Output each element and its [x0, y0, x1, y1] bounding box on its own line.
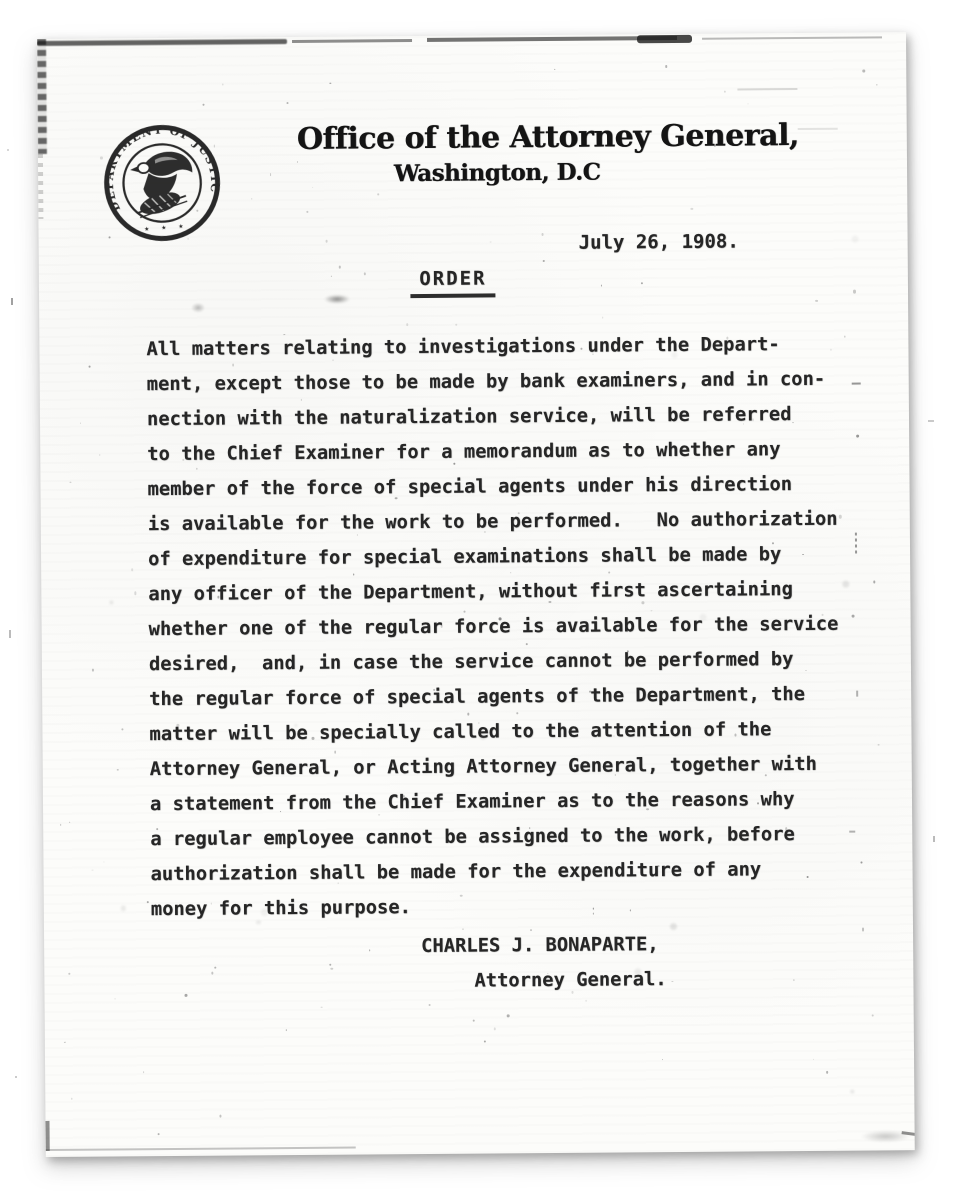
noise-speck	[270, 174, 271, 176]
noise-speck	[321, 1006, 323, 1008]
scan-artifact	[928, 420, 934, 422]
body-line: of expenditure for special examinations …	[148, 536, 888, 577]
noise-speck	[103, 862, 104, 863]
noise-speck	[89, 365, 91, 367]
noise-speck	[484, 1041, 486, 1043]
noise-speck	[862, 70, 865, 73]
noise-speck	[92, 669, 94, 672]
noise-speck	[114, 998, 115, 999]
noise-speck	[665, 65, 667, 67]
scan-artifact	[45, 1121, 49, 1151]
letterhead-city-line: Washington, D.C	[297, 159, 697, 188]
body-line: Attorney General, or Acting Attorney Gen…	[150, 746, 890, 787]
noise-speck	[725, 91, 726, 93]
body-lines: All matters relating to investigations u…	[146, 326, 891, 927]
noise-blotch	[120, 906, 126, 912]
scan-artifact	[861, 1130, 911, 1142]
noise-blotch	[852, 235, 859, 242]
date-line: July 26, 1908.	[579, 230, 739, 253]
signature-title: Attorney General.	[474, 960, 891, 998]
noise-speck	[143, 1072, 144, 1073]
body-paragraph: All matters relating to investigations u…	[146, 326, 891, 1001]
scan-artifact	[15, 1076, 17, 1078]
noise-speck	[541, 233, 543, 237]
noise-speck	[131, 569, 133, 572]
noise-speck	[364, 272, 366, 275]
noise-speck	[80, 422, 81, 423]
noise-speck	[455, 324, 457, 326]
body-line: the regular force of special agents of t…	[149, 676, 889, 717]
body-line: is available for the work to be performe…	[148, 501, 888, 542]
scan-artifact	[324, 295, 350, 304]
noise-speck	[507, 1014, 509, 1017]
noise-speck	[877, 84, 878, 85]
noise-speck	[70, 482, 72, 483]
noise-speck	[285, 1029, 287, 1032]
noise-speck	[378, 193, 380, 195]
noise-speck	[69, 973, 71, 975]
body-line: nection with the naturalization service,…	[147, 396, 887, 437]
scan-artifact	[933, 836, 935, 842]
noise-speck	[601, 284, 603, 286]
scan-artifact	[737, 88, 797, 90]
body-line: member of the force of special agents un…	[147, 466, 887, 507]
noise-speck	[331, 275, 332, 277]
noise-speck	[690, 208, 693, 210]
body-line: ment, except those to be made by bank ex…	[147, 361, 887, 402]
noise-speck	[286, 102, 289, 104]
document-page: DEPARTMENT OF JUSTICE ★ ★ ★	[37, 32, 915, 1157]
noise-speck	[429, 1004, 431, 1007]
body-line: to the Chief Examiner for a memorandum a…	[147, 431, 887, 472]
noise-speck	[339, 266, 341, 268]
body-line: desired, and, in case the service cannot…	[149, 641, 889, 682]
noise-speck	[147, 901, 149, 903]
body-line: authorization shall be made for the expe…	[150, 851, 890, 892]
noise-speck	[69, 822, 71, 823]
noise-speck	[307, 211, 309, 213]
signature-name: CHARLES J. BONAPARTE,	[421, 925, 891, 964]
body-line: All matters relating to investigations u…	[146, 326, 886, 367]
noise-speck	[100, 455, 101, 456]
scan-artifact	[637, 35, 692, 43]
noise-speck	[586, 1000, 587, 1002]
scan-artifact	[427, 36, 677, 42]
noise-speck	[117, 769, 118, 771]
body-line: matter will be specially called to the a…	[149, 711, 889, 752]
scan-artifact	[901, 1131, 914, 1136]
scan-artifact	[9, 630, 11, 638]
noise-speck	[826, 1071, 828, 1073]
scan-artifact	[37, 39, 47, 154]
scan-artifact	[38, 154, 44, 219]
body-line: a regular employee cannot be assigned to…	[150, 816, 890, 857]
noise-speck	[872, 1014, 874, 1016]
noise-speck	[222, 84, 224, 86]
noise-speck	[158, 1133, 160, 1135]
noise-speck	[554, 69, 555, 70]
scan-artifact	[798, 128, 838, 130]
scan-artifact	[11, 298, 13, 305]
noise-speck	[641, 282, 643, 284]
noise-speck	[220, 1115, 222, 1118]
scan-artifact	[7, 149, 9, 151]
scan-artifact	[191, 303, 205, 313]
order-heading: ORDER	[410, 266, 495, 298]
noise-speck	[406, 323, 408, 326]
noise-speck	[662, 1059, 663, 1060]
doj-seal-stamp: DEPARTMENT OF JUSTICE ★ ★ ★	[98, 119, 227, 248]
noise-speck	[251, 198, 252, 200]
scan-artifact	[292, 39, 412, 43]
noise-speck	[134, 592, 136, 596]
seal-stars: ★ ★ ★	[144, 220, 187, 233]
noise-speck	[122, 728, 124, 730]
letterhead: Office of the Attorney General, Washingt…	[297, 120, 697, 188]
noise-speck	[490, 241, 492, 242]
noise-speck	[543, 260, 545, 261]
noise-speck	[853, 290, 856, 294]
noise-speck	[813, 1059, 814, 1060]
noise-speck	[71, 1098, 73, 1100]
noise-speck	[602, 317, 603, 318]
noise-speck	[92, 870, 93, 871]
noise-speck	[326, 240, 328, 243]
noise-speck	[64, 1042, 66, 1044]
noise-blotch	[110, 600, 114, 604]
noise-speck	[494, 1028, 496, 1031]
noise-speck	[747, 103, 748, 104]
noise-blotch	[850, 1089, 854, 1093]
noise-speck	[60, 824, 62, 826]
letterhead-office-line: Office of the Attorney General,	[297, 120, 697, 157]
noise-speck	[330, 82, 331, 83]
scan-background: DEPARTMENT OF JUSTICE ★ ★ ★	[0, 0, 958, 1200]
scan-artifact	[46, 1147, 356, 1151]
noise-speck	[473, 1020, 475, 1022]
scan-artifact	[37, 39, 287, 46]
body-line: whether one of the regular force is avai…	[149, 606, 889, 647]
noise-speck	[203, 103, 205, 106]
body-line: money for this purpose.	[151, 886, 891, 927]
body-line: any officer of the Department, without f…	[148, 571, 888, 612]
noise-speck	[815, 300, 817, 302]
body-line: a statement from the Chief Examiner as t…	[150, 781, 890, 822]
doj-eagle-icon	[129, 150, 196, 219]
scan-artifact	[702, 36, 882, 39]
